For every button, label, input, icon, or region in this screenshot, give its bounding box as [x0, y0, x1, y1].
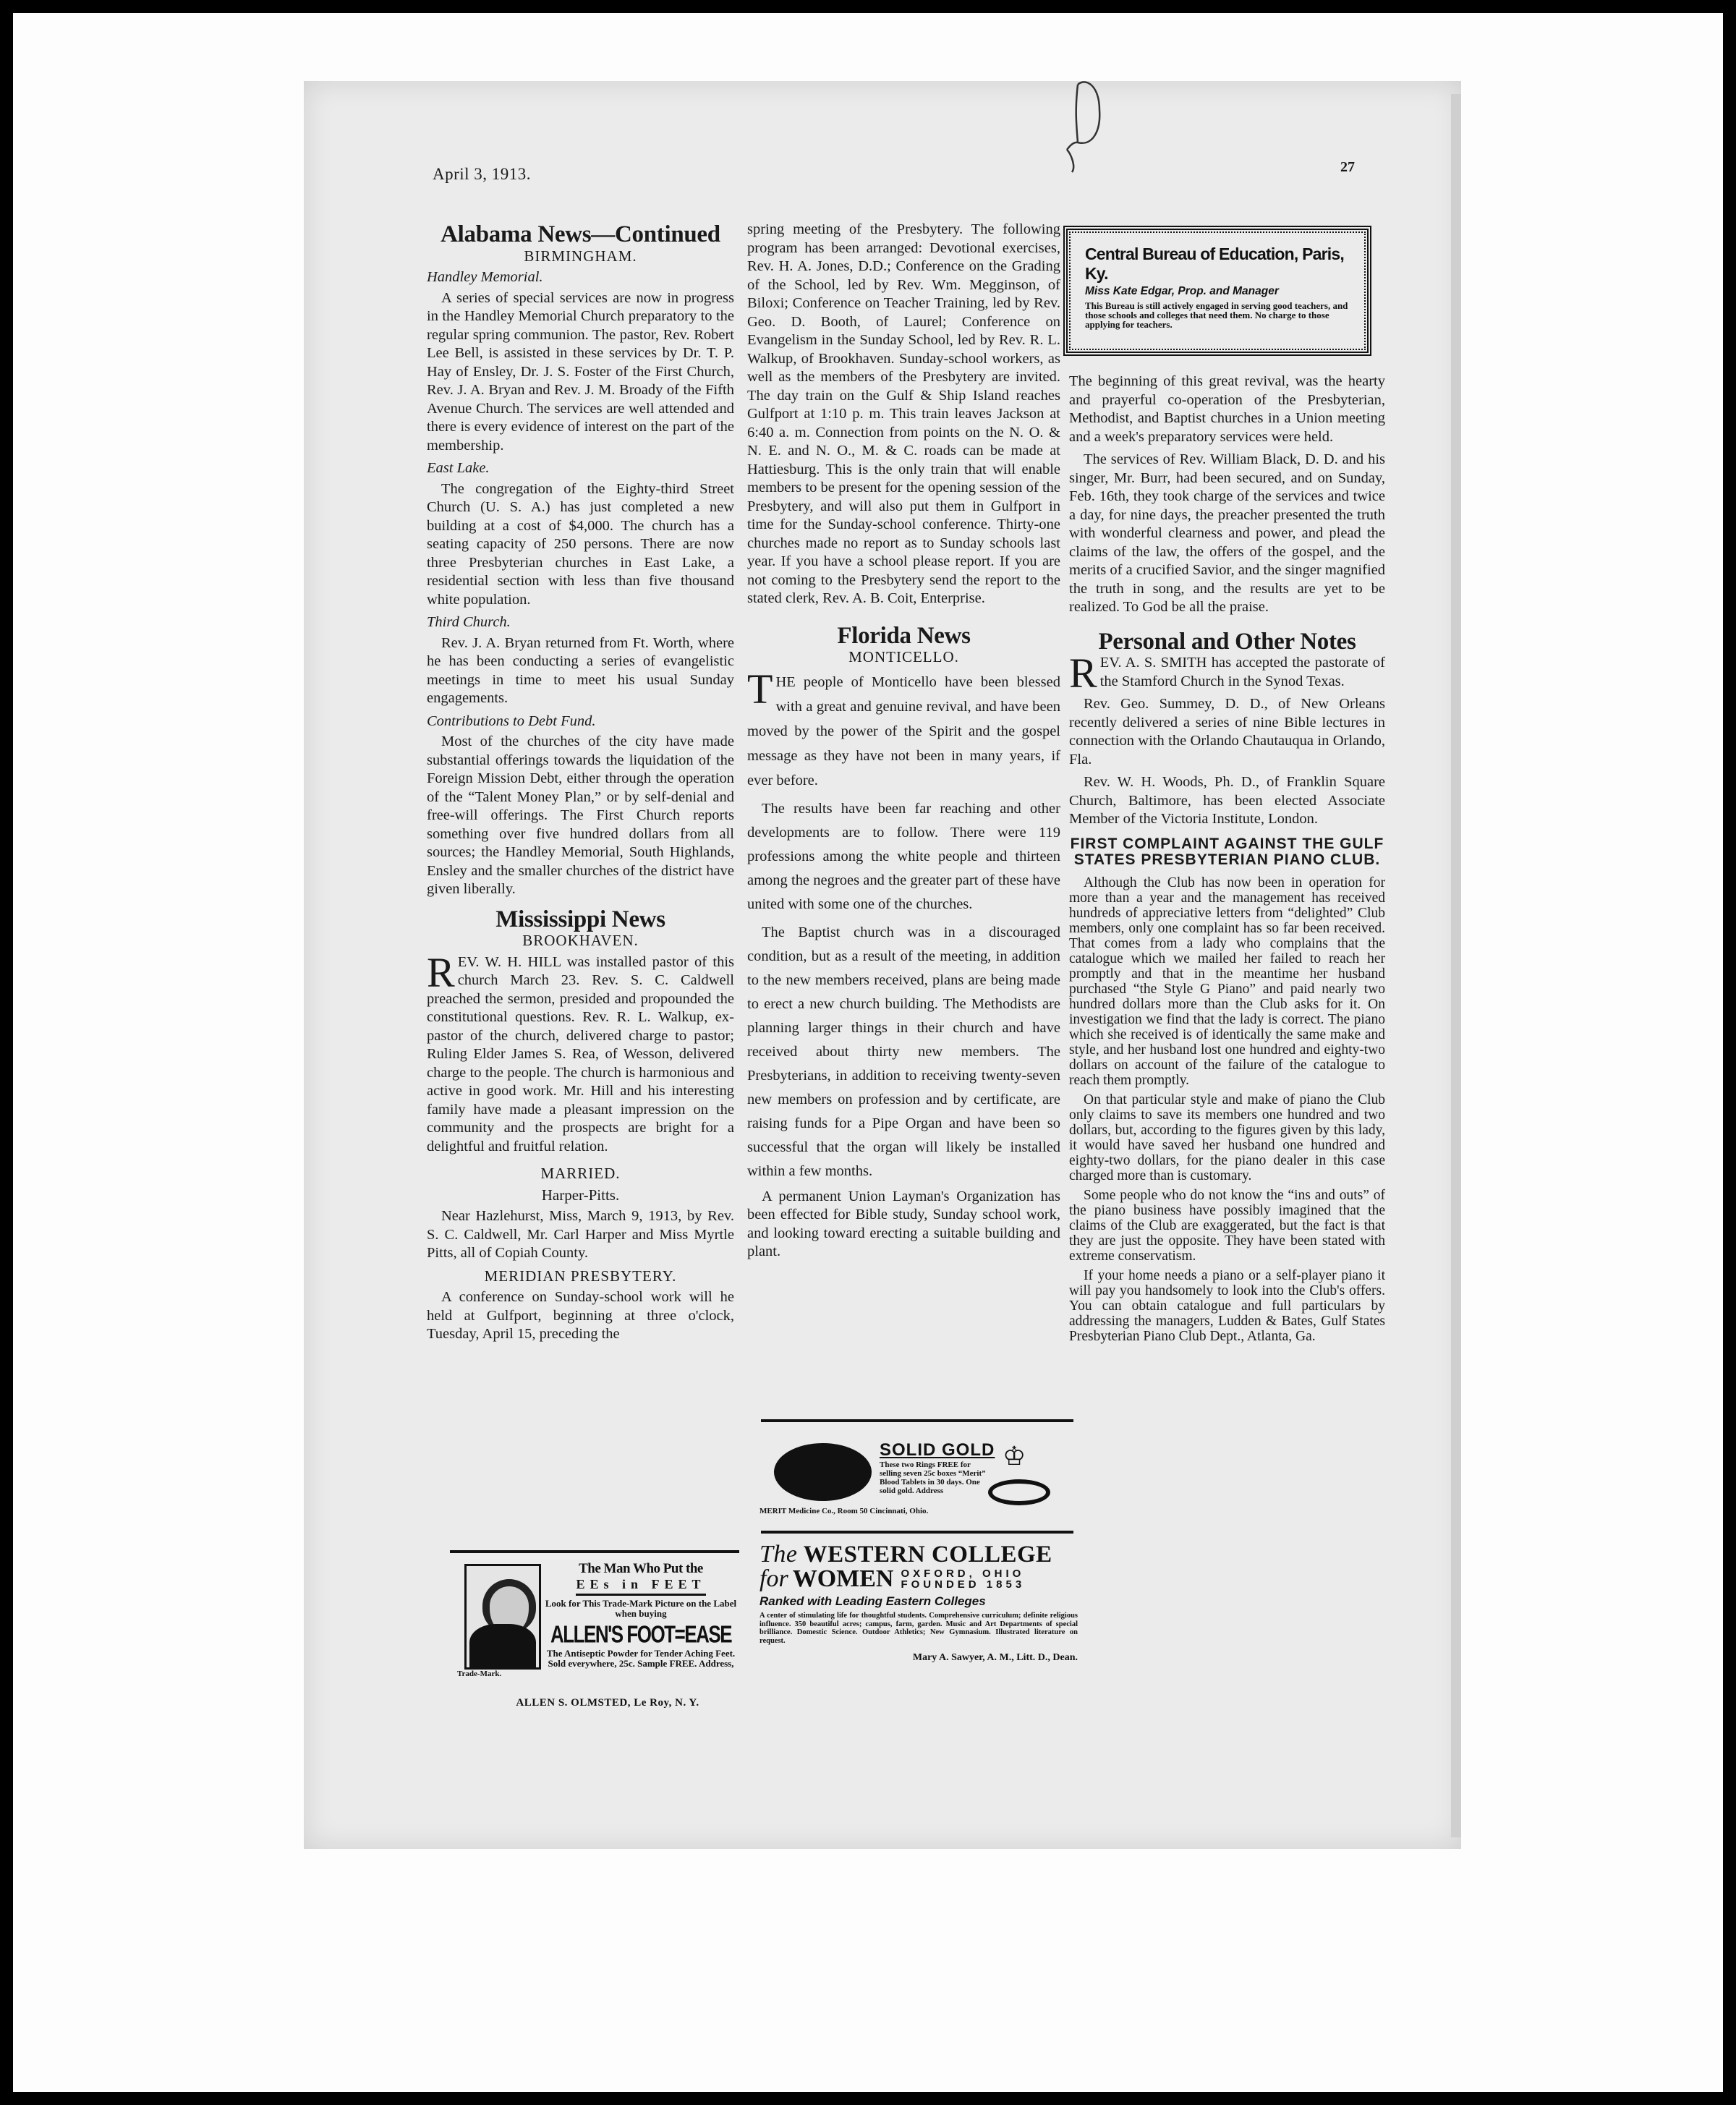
section-title-personal-notes: Personal and Other Notes: [1069, 633, 1385, 652]
drop-cap: R: [427, 956, 455, 990]
section-title-alabama: Alabama News—Continued: [427, 226, 734, 244]
ad-subtitle: Miss Kate Edgar, Prop. and Manager: [1085, 285, 1350, 298]
article-paragraph: Most of the churches of the city have ma…: [427, 733, 734, 899]
ad-title: SOLID GOLD: [880, 1440, 995, 1460]
article-paragraph: The results have been far reaching and o…: [747, 797, 1060, 917]
ad-central-bureau: Central Bureau of Education, Paris, Ky. …: [1063, 226, 1371, 356]
article-paragraph: A permanent Union Layman's Organization …: [747, 1188, 1060, 1262]
married-names: Harper-Pitts.: [427, 1186, 734, 1205]
ring-ornament-icon: ♔: [1003, 1443, 1026, 1469]
article-paragraph: REV. A. S. SMITH has accepted the pastor…: [1069, 654, 1385, 691]
article-paragraph: Some people who do not know the “ins and…: [1069, 1188, 1385, 1264]
article-paragraph: On that particular style and make of pia…: [1069, 1092, 1385, 1183]
article-paragraph: The services of Rev. William Black, D. D…: [1069, 451, 1385, 617]
ad-brand: ALLEN'S FOOT=EASE: [544, 1620, 738, 1649]
column-2: spring meeting of the Presbytery. The fo…: [747, 221, 1060, 1266]
ad-solid-gold: SOLID GOLD These two Rings FREE for sell…: [759, 1436, 1063, 1515]
drop-cap: R: [1069, 656, 1097, 691]
article-paragraph: Rev. Geo. Summey, D. D., of New Orleans …: [1069, 695, 1385, 769]
city-birmingham: BIRMINGHAM.: [427, 247, 734, 266]
issue-date: April 3, 1913.: [433, 165, 531, 184]
column-3: The beginning of this great revival, was…: [1069, 373, 1385, 1348]
article-paragraph: THE people of Monticello have been bless…: [747, 670, 1060, 793]
divider-rule: [450, 1550, 739, 1553]
ring-image: [774, 1443, 872, 1501]
divider-rule: [761, 1531, 1073, 1534]
page-number: 27: [1340, 159, 1355, 176]
article-paragraph: Rev. W. H. Woods, Ph. D., of Franklin Sq…: [1069, 773, 1385, 829]
ring-image: [988, 1479, 1050, 1505]
ad-text: Look for This Trade-Mark Picture on the …: [544, 1599, 738, 1619]
page-edge: [1451, 94, 1461, 1837]
subhead: East Lake.: [427, 459, 734, 478]
divider-rule: [761, 1419, 1073, 1422]
article-paragraph: Near Hazlehurst, Miss, March 9, 1913, by…: [427, 1207, 734, 1263]
ad-title: Central Bureau of Education, Paris, Ky.: [1085, 244, 1350, 284]
ad-address: ALLEN S. OLMSTED, Le Roy, N. Y.: [477, 1697, 738, 1709]
article-paragraph: If your home needs a piano or a self-pla…: [1069, 1268, 1385, 1344]
ad-allens-foot-ease: Trade-Mark. The Man Who Put the EEs in F…: [456, 1555, 738, 1714]
article-paragraph: A series of special services are now in …: [427, 289, 734, 456]
married-heading: MARRIED.: [427, 1165, 734, 1183]
meridian-heading: MERIDIAN PRESBYTERY.: [427, 1267, 734, 1286]
ad-title: WESTERN COLLEGE: [804, 1541, 1052, 1568]
article-paragraph: REV. W. H. HILL was installed pastor of …: [427, 953, 734, 1157]
founded: FOUNDED 1853: [901, 1579, 1025, 1590]
ad-signature: Mary A. Sawyer, A. M., Litt. D., Dean.: [759, 1652, 1078, 1664]
ad-western-college: The WESTERN COLLEGE for WOMEN OXFORD, OH…: [759, 1541, 1078, 1700]
article-paragraph: The Baptist church was in a discouraged …: [747, 921, 1060, 1183]
handwritten-mark-icon: [1056, 81, 1114, 175]
article-paragraph: The congregation of the Eighty-third Str…: [427, 480, 734, 610]
location: OXFORD, OHIO: [901, 1568, 1025, 1579]
ad-tagline: Ranked with Leading Eastern Colleges: [759, 1594, 1078, 1609]
ad-text: The Antiseptic Powder for Tender Aching …: [544, 1649, 738, 1669]
article-paragraph: Although the Club has now been in operat…: [1069, 875, 1385, 1088]
drop-cap: T: [747, 672, 773, 707]
ad-headline-2: EEs in FEET: [576, 1577, 705, 1596]
complaint-heading: FIRST COMPLAINT AGAINST THE GULF STATES …: [1069, 836, 1385, 868]
ad-body: A center of stimulating life for thought…: [759, 1612, 1078, 1645]
article-paragraph: Rev. J. A. Bryan returned from Ft. Worth…: [427, 634, 734, 708]
section-title-mississippi: Mississippi News: [427, 911, 734, 930]
city-brookhaven: BROOKHAVEN.: [427, 932, 734, 951]
article-paragraph: A conference on Sunday-school work will …: [427, 1288, 734, 1344]
portrait-image: [464, 1564, 541, 1670]
ad-footer: MERIT Medicine Co., Room 50 Cincinnati, …: [759, 1507, 1063, 1515]
article-paragraph: The beginning of this great revival, was…: [1069, 373, 1385, 446]
city-monticello: MONTICELLO.: [747, 648, 1060, 667]
article-paragraph: spring meeting of the Presbytery. The fo…: [747, 221, 1060, 608]
section-title-florida: Florida News: [747, 627, 1060, 646]
subhead: Third Church.: [427, 613, 734, 632]
trade-mark-label: Trade-Mark.: [457, 1670, 501, 1678]
ad-body: These two Rings FREE for selling seven 2…: [880, 1460, 988, 1495]
ad-body: This Bureau is still actively engaged in…: [1085, 301, 1350, 329]
column-1: Alabama News—Continued BIRMINGHAM. Handl…: [427, 226, 734, 1348]
ad-headline: The Man Who Put the: [544, 1561, 738, 1577]
subhead: Handley Memorial.: [427, 268, 734, 287]
subhead: Contributions to Debt Fund.: [427, 713, 734, 731]
